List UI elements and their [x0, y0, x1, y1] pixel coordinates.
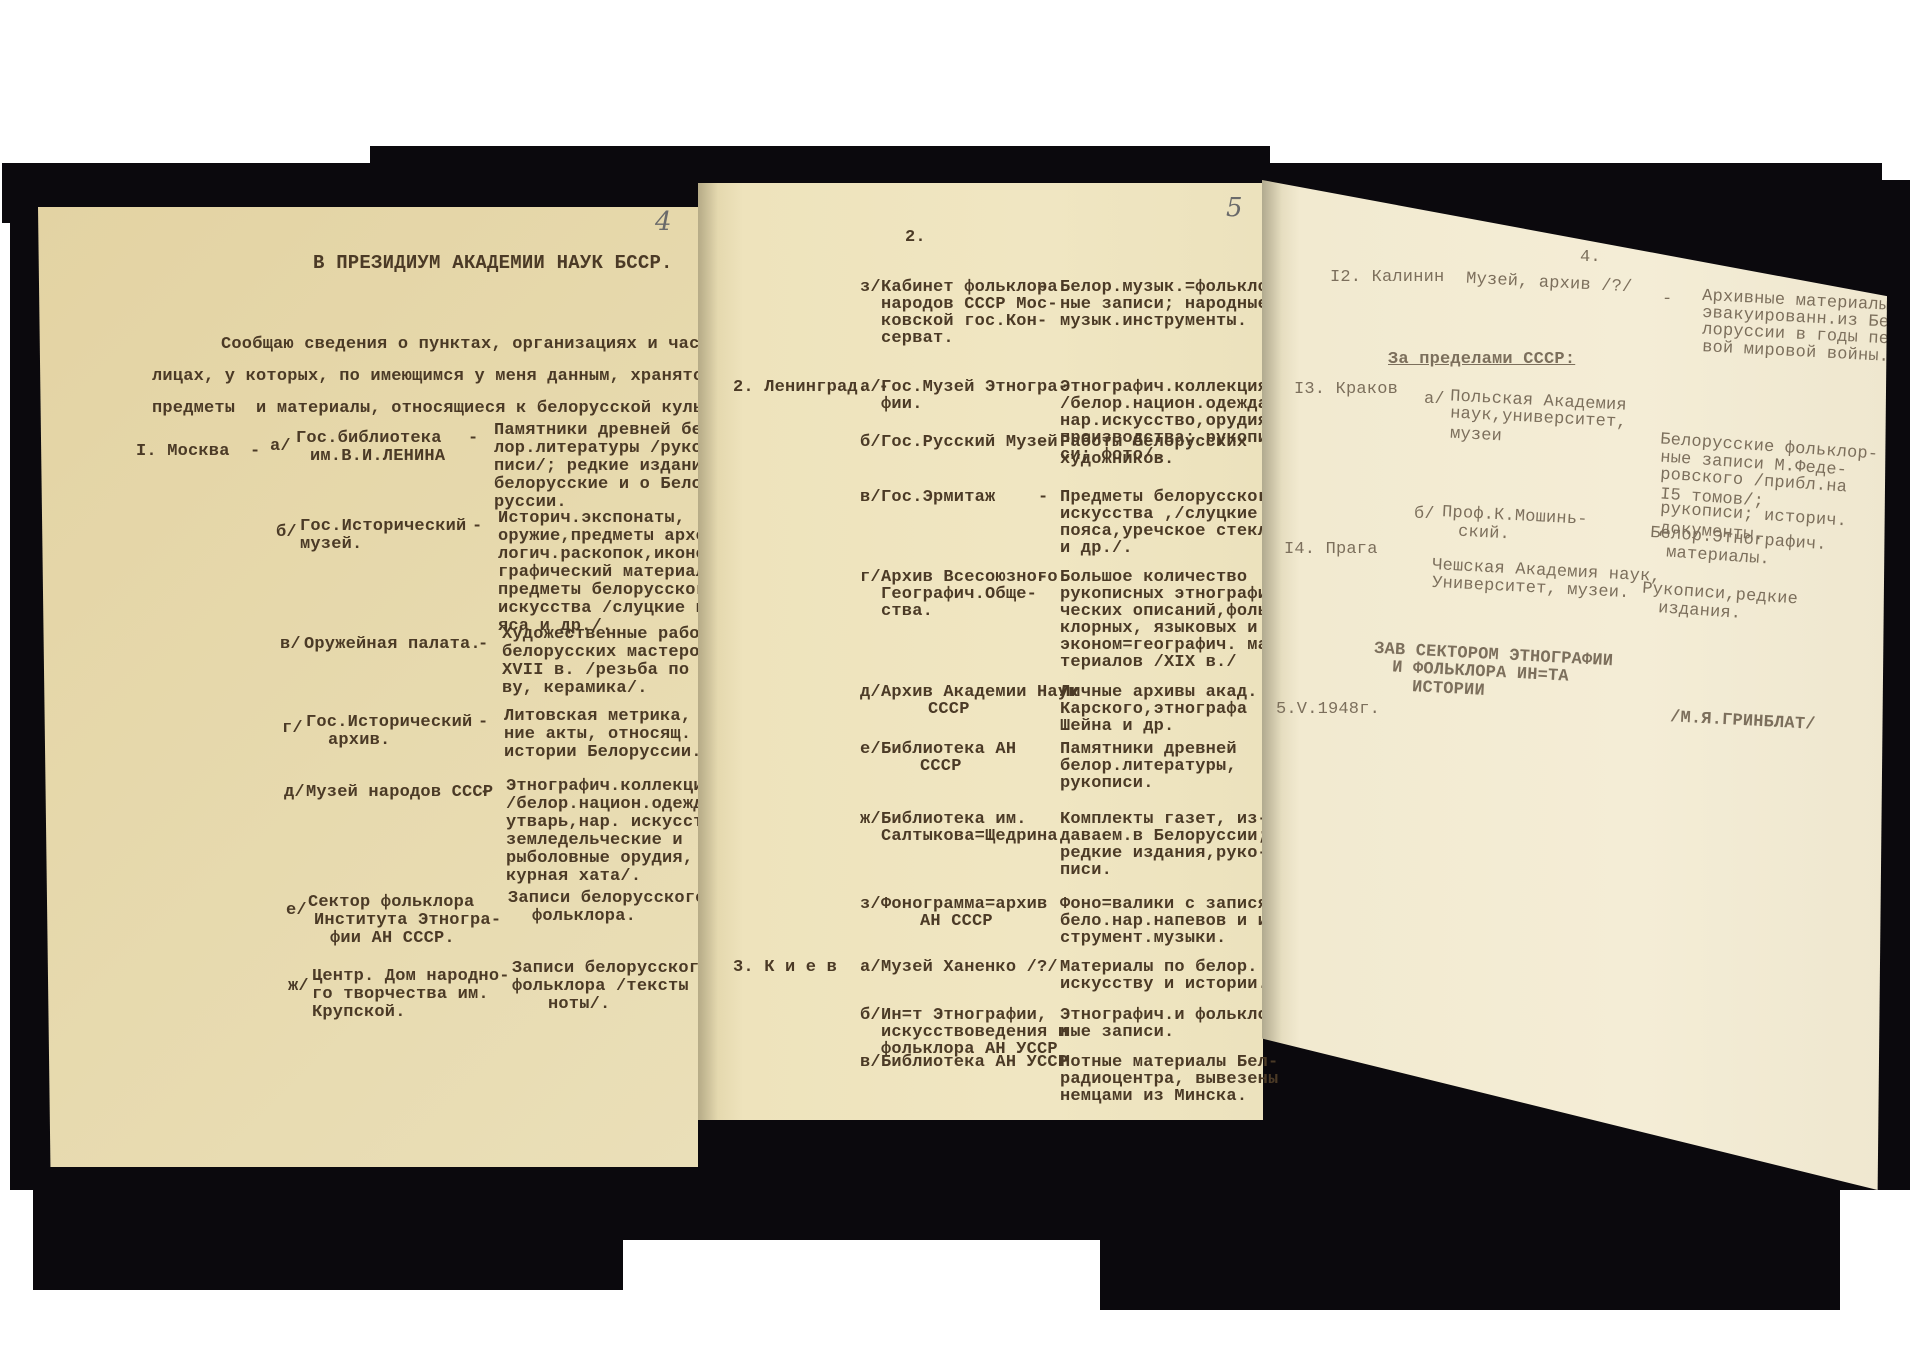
entry-label: б/ [276, 523, 297, 542]
entry-org: Института Этногра- [314, 911, 501, 930]
entry-desc: курная хата/. [506, 867, 641, 886]
entry-org: ский. [1458, 523, 1511, 545]
intro-line-2: лицах, у которых, по имеющимся у меня да… [152, 367, 714, 386]
backdrop-bottom-right [1100, 1180, 1840, 1310]
abroad-heading: За пределами СССР: [1388, 350, 1575, 369]
entry-label: б/ [1414, 505, 1435, 524]
entry-desc: Историч.экспонаты, [498, 509, 685, 528]
signature-name: /М.Я.ГРИНБЛАТ/ [1670, 708, 1816, 735]
page-number: 2. [905, 228, 926, 247]
page-heading: В ПРЕЗИДИУМ АКАДЕМИИ НАУК БССР. [313, 253, 673, 274]
entry-desc: ные записи. [1060, 1023, 1174, 1042]
entry-org: Сектор фольклора [308, 893, 474, 912]
entry-org: Гос.Исторический [306, 713, 472, 732]
entry-label: а/ [860, 378, 881, 397]
entry-desc: белорусские и о Бело- [494, 475, 712, 494]
entry-desc: Памятники древней бе- [494, 421, 712, 440]
entry-desc: логич.раскопок,иконо- [498, 545, 716, 564]
entry-city: I3. Краков [1294, 380, 1398, 399]
entry-org: Музей народов СССР [306, 783, 493, 802]
entry-org: ства. [881, 602, 933, 621]
entry-label: е/ [286, 901, 307, 920]
entry-org: СССР [920, 757, 962, 776]
entry-label: з/ [860, 895, 881, 914]
entry-dash: - [468, 429, 478, 448]
entry-dash: - [1038, 488, 1048, 507]
backdrop-bottom-left [33, 1180, 623, 1290]
entry-label: б/ [860, 433, 881, 452]
entry-desc: фольклора /тексты и [512, 977, 710, 996]
entry-org: Архив Академии Наук [881, 683, 1079, 702]
intro-line-3: предметы и материалы, относящиеся к бело… [152, 399, 755, 418]
entry-desc: Шейна и др. [1060, 717, 1174, 736]
entry-city: I4. Прага [1284, 540, 1378, 559]
document-page-2: 5 2. з/ Кабинет фольклора народов СССР М… [698, 183, 1263, 1120]
entry-dash: - [480, 783, 490, 802]
entry-desc: немцами из Минска. [1060, 1087, 1247, 1106]
entry-label: в/ [860, 1053, 881, 1072]
city-dash: - [250, 442, 260, 461]
entry-desc: рукописи. [1060, 774, 1154, 793]
entry-desc: териалов /XIX в./ [1060, 653, 1237, 672]
entry-org: Гос.Эрмитаж [881, 488, 995, 507]
entry-label: д/ [860, 683, 881, 702]
entry-desc: ноты/. [548, 995, 610, 1014]
entry-label: г/ [282, 719, 303, 738]
entry-desc: музык.инструменты. [1060, 312, 1247, 331]
entry-desc: струмент.музыки. [1060, 929, 1226, 948]
document-date: 5.V.1948г. [1276, 700, 1380, 719]
entry-desc: предметы белорусского [498, 581, 716, 600]
entry-org: Музей, архив /?/ [1466, 270, 1633, 298]
entry-dash: - [478, 713, 488, 732]
entry-label: е/ [860, 740, 881, 759]
entry-org: СССР [928, 700, 970, 719]
entry-label: а/ [860, 958, 881, 977]
entry-city: I2. Калинин [1330, 268, 1444, 287]
entry-desc: ву, керамика/. [502, 679, 648, 698]
entry-label: в/ [280, 635, 301, 654]
entry-desc: писи. [1060, 861, 1112, 880]
entry-org: музеи [1450, 425, 1503, 447]
entry-org: Салтыкова=Щедрина [881, 827, 1058, 846]
entry-desc: Художественные работы [502, 625, 720, 644]
entry-org: фии АН СССР. [330, 929, 455, 948]
entry-dash: - [1662, 290, 1672, 309]
entry-label: б/ [860, 1006, 881, 1025]
entry-org: Библиотека АН УССР [881, 1053, 1068, 1072]
folio-number: 5 [1226, 193, 1243, 223]
entry-org: Крупской. [312, 1003, 406, 1022]
entry-label: в/ [860, 488, 881, 507]
entry-label: ж/ [860, 810, 881, 829]
city-moscow: I. Москва [136, 442, 230, 461]
entry-city: 3. К и е в [733, 958, 837, 977]
entry-org: Гос.Исторический [300, 517, 466, 536]
entry-desc: и др./. [1060, 539, 1133, 558]
entry-desc: графический материал, [498, 563, 716, 582]
entry-desc: искусства /слуцкие по- [498, 599, 727, 618]
entry-org: музей. [300, 535, 362, 554]
intro-line-1: Сообщаю сведения о пунктах, организациях… [221, 335, 741, 354]
entry-org: Музей Ханенко /?/ [881, 958, 1058, 977]
entry-org: фии. [881, 395, 923, 414]
entry-desc: художников. [1060, 450, 1174, 469]
entry-org: архив. [328, 731, 390, 750]
entry-desc: /белор.национ.одежда, [506, 795, 724, 814]
entry-dash: - [1038, 568, 1048, 587]
entry-desc: белорусских мастеров [502, 643, 710, 662]
folio-number: 4 [655, 207, 672, 237]
entry-org: Гос.Русский Музей [881, 433, 1058, 452]
entry-org: АН СССР [920, 912, 993, 931]
entry-desc: Этнографич.коллекция [506, 777, 714, 796]
entry-label: г/ [860, 568, 881, 587]
document-page-1: 4 В ПРЕЗИДИУМ АКАДЕМИИ НАУК БССР. Сообща… [38, 207, 698, 1167]
entry-label: а/ [1424, 390, 1445, 409]
signature-title: ИСТОРИИ [1412, 678, 1486, 701]
entry-desc: фольклора. [532, 907, 636, 926]
entry-desc: оружие,предметы архео- [498, 527, 727, 546]
entry-org: им.В.И.ЛЕНИНА [310, 447, 445, 466]
entry-org: Гос.библиотека [296, 429, 442, 448]
entry-org: Оружейная палата. [304, 635, 481, 654]
page-number: 4. [1580, 248, 1601, 267]
document-page-3: 7 4. I2. Калинин Музей, архив /?/ - Архи… [1262, 180, 1887, 1190]
entry-desc: земледельческие и [506, 831, 683, 850]
entry-desc: Записи белорусского [508, 889, 706, 908]
entry-desc: Записи белорусского [512, 959, 710, 978]
entry-dash: - [1038, 433, 1048, 452]
entry-desc: истории Белоруссии. [504, 743, 702, 762]
entry-dash: - [1038, 278, 1048, 297]
entry-label: д/ [284, 783, 305, 802]
entry-org: го творчества им. [312, 985, 489, 1004]
entry-desc: рыболовные орудия, [506, 849, 693, 868]
entry-label: з/ [860, 278, 881, 297]
entry-desc: лор.литературы /руко- [494, 439, 712, 458]
entry-label: а/ [270, 437, 291, 456]
entry-org: Центр. Дом народно- [312, 967, 510, 986]
entry-dash: - [478, 635, 488, 654]
entry-desc: искусству и истории. [1060, 975, 1268, 994]
entry-label: ж/ [288, 977, 309, 996]
entry-dash: - [472, 517, 482, 536]
entry-org: серват. [881, 329, 954, 348]
entry-desc: ние акты, относящ. к [504, 725, 712, 744]
